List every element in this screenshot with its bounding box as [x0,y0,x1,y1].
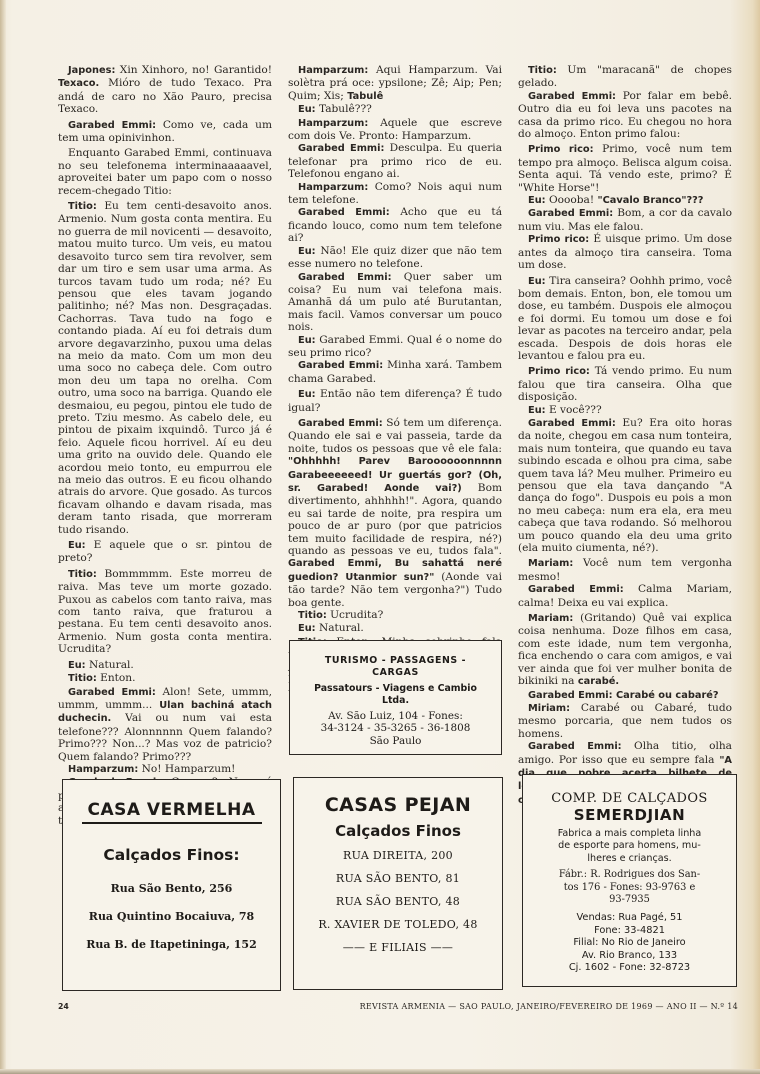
ad-address: RUA DIREITA, 200 [294,849,502,862]
ad-semerdjian: COMP. DE CALÇADOS SEMERDJIAN Fabrica a m… [522,774,737,987]
ad-casa-vermelha: CASA VERMELHA Calçados Finos: Rua São Be… [62,779,281,991]
emphasized-text: "Cavalo Branco"??? [598,195,704,206]
speaker-label: Garabed Emmi: [298,143,384,154]
dialogue-paragraph: Hamparzum: No! Hamparzum! [58,763,272,776]
speaker-label: Eu: [298,335,316,346]
ad-description: Fabrica a mais completa linha de esporte… [523,828,736,865]
dialogue-paragraph: Garabed Emmi: Alon! Sete, ummm, ummm, um… [58,686,272,763]
dialogue-paragraph: Mariam: Você num tem vergonha mesmo! [518,557,732,583]
dialogue-paragraph: Garabed Emmi: Acho que eu tá ficando lou… [288,206,502,244]
dialogue-paragraph: Hamparzum: Como? Nois aqui num tem telef… [288,181,502,207]
ad-title: CASA VERMELHA [82,800,262,824]
speaker-label: Primo rico: [528,234,589,245]
dialogue-paragraph: Hamparzum: Aquele que escreve com dois V… [288,117,502,143]
dialogue-paragraph: Garabed Emmi: Eu? Era oito horas da noit… [518,417,732,554]
ad-address: Rua São Bento, 256 [63,882,280,895]
dialogue-text: Garabed Emmi. Qual é o nome do seu primo… [288,334,502,359]
speaker-label: Mariam: [528,558,573,569]
speaker-label: Eu: [528,195,546,206]
dialogue-paragraph: Japones: Xin Xinhoro, no! Garantido! Tex… [58,64,272,116]
speaker-label: Hamparzum: [68,764,138,775]
speaker-label: Mariam: [528,613,573,624]
dialogue-paragraph: Garabed Emmi: Calma Mariam, calma! Deixa… [518,583,732,609]
speaker-label: Titio: [68,673,97,684]
dialogue-paragraph: Miriam: Carabé ou Cabaré, tudo mesmo por… [518,702,732,740]
speaker-label: Eu: [68,540,86,551]
article-column-2: Hamparzum: Aqui Hamparzum. Vai solètra p… [288,64,502,712]
dialogue-paragraph: Eu: E aquele que o sr. pintou de preto? [58,539,272,565]
ad-address: RUA SÃO BENTO, 81 [294,872,502,885]
masthead: REVISTA ARMENIA — SAO PAULO, JANEIRO/FEV… [360,1002,738,1011]
emphasized-text: Tabulê [347,91,383,102]
page-number: 24 [58,1002,69,1011]
speaker-label: Eu: [298,104,316,115]
page-footer: 24 REVISTA ARMENIA — SAO PAULO, JANEIRO/… [58,1002,738,1016]
speaker-label: Miriam: [528,703,570,714]
dialogue-paragraph: Garabed Emmi: Bom, a cor da cavalo num v… [518,207,732,233]
dialogue-paragraph: Eu: Natural. [58,659,272,672]
ad-company: Ltda. [290,695,501,707]
speaker-label: Primo rico: [528,366,590,377]
speaker-label: Eu: [298,389,316,400]
speaker-label: Garabed Emmi: Carabé ou cabaré? [528,690,719,701]
speaker-label: Garabed Emmi: [68,687,156,698]
dialogue-paragraph: Eu: Então não tem diferença? É tudo igua… [288,388,502,414]
ad-description-line: de esporte para homens, mu- [533,840,726,852]
dialogue-text: Xin Xinhoro, no! Garantido! [115,64,272,76]
ad-address: RUA SÃO BENTO, 48 [294,895,502,908]
ad-city: São Paulo [290,735,501,747]
dialogue-text: Eu? Era oito horas da noite, chegou em c… [518,417,732,554]
speaker-label: Hamparzum: [298,65,368,76]
speaker-label: Hamparzum: [298,118,368,129]
paper-edge-bottom [0,1069,760,1074]
ad-company: Passatours - Viagens e Cambio [290,683,501,695]
speaker-label: Garabed Emmi: [298,272,392,283]
speaker-label: Primo rico: [528,144,594,155]
ad-sales-line: Av. Rio Branco, 133 [523,950,736,962]
speaker-label: Japones: [68,65,115,76]
dialogue-paragraph: Titio: Ucrudita? [288,609,502,622]
dialogue-paragraph: Garabed Emmi: Minha xará. Tambem chama G… [288,359,502,385]
dialogue-paragraph: Eu: Não! Ele quiz dizer que não tem esse… [288,245,502,271]
dialogue-paragraph: Titio: Bommmmm. Este morreu de raiva. Ma… [58,568,272,656]
dialogue-paragraph: Eu: E você??? [518,404,732,417]
dialogue-paragraph: Eu: Tira canseira? Oohhh primo, você bom… [518,275,732,363]
speaker-label: Eu: [298,623,316,634]
article-column-3: Titio: Um "maracanã" de chopes gelado.Ga… [518,64,732,847]
speaker-label: Hamparzum: [298,182,368,193]
ad-address: Av. São Luiz, 104 - Fones: [290,710,501,722]
ad-casas-pejan: CASAS PEJAN Calçados Finos RUA DIREITA, … [293,777,503,990]
ad-description-line: lheres e crianças. [533,853,726,865]
ad-title: CASAS PEJAN [294,794,502,816]
ad-brand: SEMERDJIAN [523,806,736,824]
speaker-label: Titio: [68,201,97,212]
dialogue-paragraph: Eu: Tabulê??? [288,103,502,116]
speaker-label: Garabed Emmi: [528,741,622,752]
dialogue-paragraph: Titio: Eu tem centi-desavoito anos. Arme… [58,200,272,536]
dialogue-text: Enquanto Garabed Emmi, continuava no seu… [58,147,272,196]
dialogue-text: Natural. [316,622,364,634]
dialogue-text: Tira canseira? Oohhh primo, você bom dem… [518,275,732,362]
speaker-label: Titio: [298,610,327,621]
ad-factory: Fábr.: R. Rodrigues dos San- tos 176 - F… [523,869,736,906]
speaker-label: Garabed Emmi: [528,208,613,219]
ad-tagline: Calçados Finos: [63,846,280,864]
ad-title: COMP. DE CALÇADOS [523,791,736,806]
dialogue-text: Bommmmm. Este morreu de raiva. Mas teve … [58,568,272,655]
dialogue-paragraph: Titio: Um "maracanã" de chopes gelado. [518,64,732,90]
ad-factory-line: Fábr.: R. Rodrigues dos San- [531,869,728,881]
speaker-label: Garabed Emmi: [528,584,624,595]
dialogue-text: E aquele que o sr. pintou de preto? [58,539,272,564]
speaker-label: Garabed Emmi: [298,418,383,429]
dialogue-paragraph: Eu: Ooooba! "Cavalo Branco"??? [518,194,732,207]
dialogue-text: E você??? [546,404,602,416]
ad-headline: CARGAS [290,667,501,679]
ad-tagline: Calçados Finos [294,822,502,840]
ad-factory-line: tos 176 - Fones: 93-9763 e [531,882,728,894]
dialogue-paragraph: Primo rico: Primo, você num tem tempo pr… [518,143,732,194]
speaker-label: Titio: [528,65,557,76]
dialogue-text: Tabulê??? [316,103,372,115]
speaker-label: Garabed Emmi: [298,207,390,218]
speaker-label: Eu: [298,246,316,257]
dialogue-text: Então não tem diferença? É tudo igual? [288,388,502,413]
emphasized-text: Texaco. [58,78,99,89]
ad-sales-line: Vendas: Rua Pagé, 51 [523,912,736,924]
ad-address: R. XAVIER DE TOLEDO, 48 [294,918,502,931]
dialogue-paragraph: Garabed Emmi: Carabé ou cabaré? [518,689,732,702]
article-column-1: Japones: Xin Xinhoro, no! Garantido! Tex… [58,64,272,827]
dialogue-text: Ucrudita? [327,609,384,621]
speaker-label: Eu: [528,405,546,416]
dialogue-paragraph: Garabed Emmi: Desculpa. Eu queria telefo… [288,142,502,180]
ad-sales-line: Fone: 33-4821 [523,925,736,937]
dialogue-paragraph: Garabed Emmi: Por falar em bebê. Outro d… [518,90,732,141]
dialogue-paragraph: Enquanto Garabed Emmi, continuava no seu… [58,147,272,197]
paper-edge-left [0,0,6,1074]
dialogue-text: Enton. [97,672,136,684]
dialogue-paragraph: Primo rico: Tá vendo primo. Eu num falou… [518,365,732,403]
ad-description-line: Fabrica a mais completa linha [533,828,726,840]
speaker-label: Titio: [68,569,97,580]
dialogue-paragraph: Eu: Natural. [288,622,502,635]
dialogue-paragraph: Primo rico: É uisque primo. Um dose ante… [518,233,732,271]
speaker-label: Garabed Emmi: [68,120,156,131]
speaker-label: Garabed Emmi: [528,418,616,429]
emphasized-text: carabé. [578,676,619,687]
ad-sales-line: Cj. 1602 - Fone: 32-8723 [523,962,736,974]
ad-phones: 34-3124 - 35-3265 - 36-1808 [290,722,501,734]
ad-sales: Vendas: Rua Pagé, 51 Fone: 33-4821 Filia… [523,912,736,974]
speaker-label: Garabed Emmi: [528,91,616,102]
dialogue-paragraph: Garabed Emmi: Só tem um diferença. Quand… [288,417,502,609]
speaker-label: Eu: [68,660,86,671]
ad-branches: —— E FILIAIS —— [294,941,502,954]
speaker-label: Garabed Emmi: [298,360,383,371]
magazine-page: Japones: Xin Xinhoro, no! Garantido! Tex… [0,0,760,1074]
dialogue-paragraph: Hamparzum: Aqui Hamparzum. Vai solètra p… [288,64,502,103]
ad-factory-line: 93-7935 [531,894,728,906]
dialogue-text: Ooooba! [546,194,598,206]
dialogue-paragraph: Mariam: (Gritando) Quê vai explica coisa… [518,612,732,688]
dialogue-paragraph: Eu: Garabed Emmi. Qual é o nome do seu p… [288,334,502,360]
dialogue-paragraph: Garabed Emmi: Como ve, cada um tem uma o… [58,119,272,145]
dialogue-text: No! Hamparzum! [138,763,235,775]
dialogue-paragraph: Titio: Enton. [58,672,272,685]
ad-passatours: TURISMO - PASSAGENS - CARGAS Passatours … [289,640,502,755]
speaker-label: Eu: [528,276,546,287]
dialogue-paragraph: Garabed Emmi: Quer saber um coisa? Eu nu… [288,271,502,334]
ad-address: Rua Quintino Bocaiuva, 78 [63,910,280,923]
ad-address: Rua B. de Itapetininga, 152 [63,938,280,951]
dialogue-text: Eu tem centi-desavoito anos. Armenio. Nu… [58,200,272,536]
ad-sales-line: Filial: No Rio de Janeiro [523,937,736,949]
dialogue-text: Não! Ele quiz dizer que não tem esse num… [288,245,502,270]
ad-headline: TURISMO - PASSAGENS - [290,655,501,667]
dialogue-text: Natural. [86,659,134,671]
